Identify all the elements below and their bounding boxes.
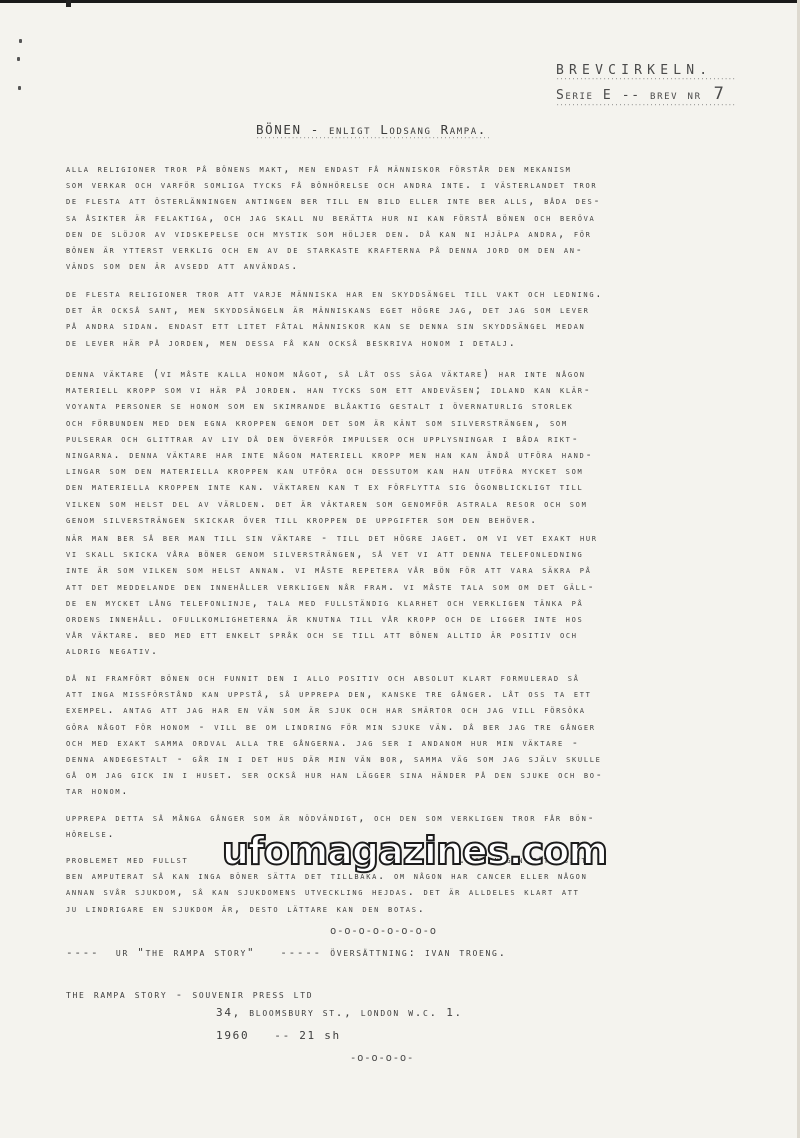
paragraph-text: Alla religioner tror på bönens makt, men…: [66, 161, 766, 274]
paragraph-3: Denna väktare (vi måste kalla honom någo…: [66, 366, 766, 528]
end-divider: -o-o-o-o-: [350, 1052, 414, 1064]
paragraph-text: Då Ni framfört bönen och funnit den i al…: [66, 670, 766, 800]
section-divider: o-o-o-o-o-o-o-o: [330, 925, 437, 937]
translation-credit: ---- Ur "The Rampa Story" ----- Översätt…: [66, 946, 507, 959]
edge-mark: [18, 86, 21, 90]
letter-header: BREVCIRKELN. '''''''''''''''''''''''''''…: [556, 63, 796, 110]
paragraph-text: De flesta religioner tror att varje männ…: [66, 286, 766, 351]
watermark: ufomagazines.com: [222, 829, 607, 873]
paragraph-4: När man ber så ber man till sin väktare …: [66, 530, 766, 660]
publication-line-2: 34, Bloomsbury St., London W.C. 1.: [216, 1006, 463, 1019]
document-title-block: BÖNEN - enligt Lodsang Rampa. ''''''''''…: [256, 122, 491, 143]
publication-line-1: The Rampa Story - Souvenir Press Ltd: [66, 988, 313, 1001]
paragraph-text: Denna väktare (vi måste kalla honom någo…: [66, 366, 766, 528]
circle-name: BREVCIRKELN.: [556, 63, 796, 78]
series-label: Serie E -- brev nr: [556, 88, 702, 103]
letter-number: 7: [714, 84, 726, 104]
paragraph-2: De flesta religioner tror att varje männ…: [66, 286, 766, 351]
paragraph-1: Alla religioner tror på bönens makt, men…: [66, 161, 766, 274]
paragraph-text: När man ber så ber man till sin väktare …: [66, 530, 766, 660]
document-title: BÖNEN - enligt Lodsang Rampa.: [256, 122, 491, 137]
paragraph-5: Då Ni framfört bönen och funnit den i al…: [66, 670, 766, 800]
edge-mark: [19, 39, 22, 43]
title-underline: ''''''''''''''''''''''''''''''''''''''''…: [256, 137, 491, 143]
publication-line-3: 1960 -- 21 sh: [216, 1029, 341, 1042]
scan-top-edge: [0, 0, 800, 3]
series-line: Serie E -- brev nr7: [556, 84, 796, 104]
punch-mark: [66, 0, 71, 7]
header-underline: ''''''''''''''''''''''''''''''''''''''''…: [556, 104, 736, 110]
edge-mark: [17, 57, 20, 61]
